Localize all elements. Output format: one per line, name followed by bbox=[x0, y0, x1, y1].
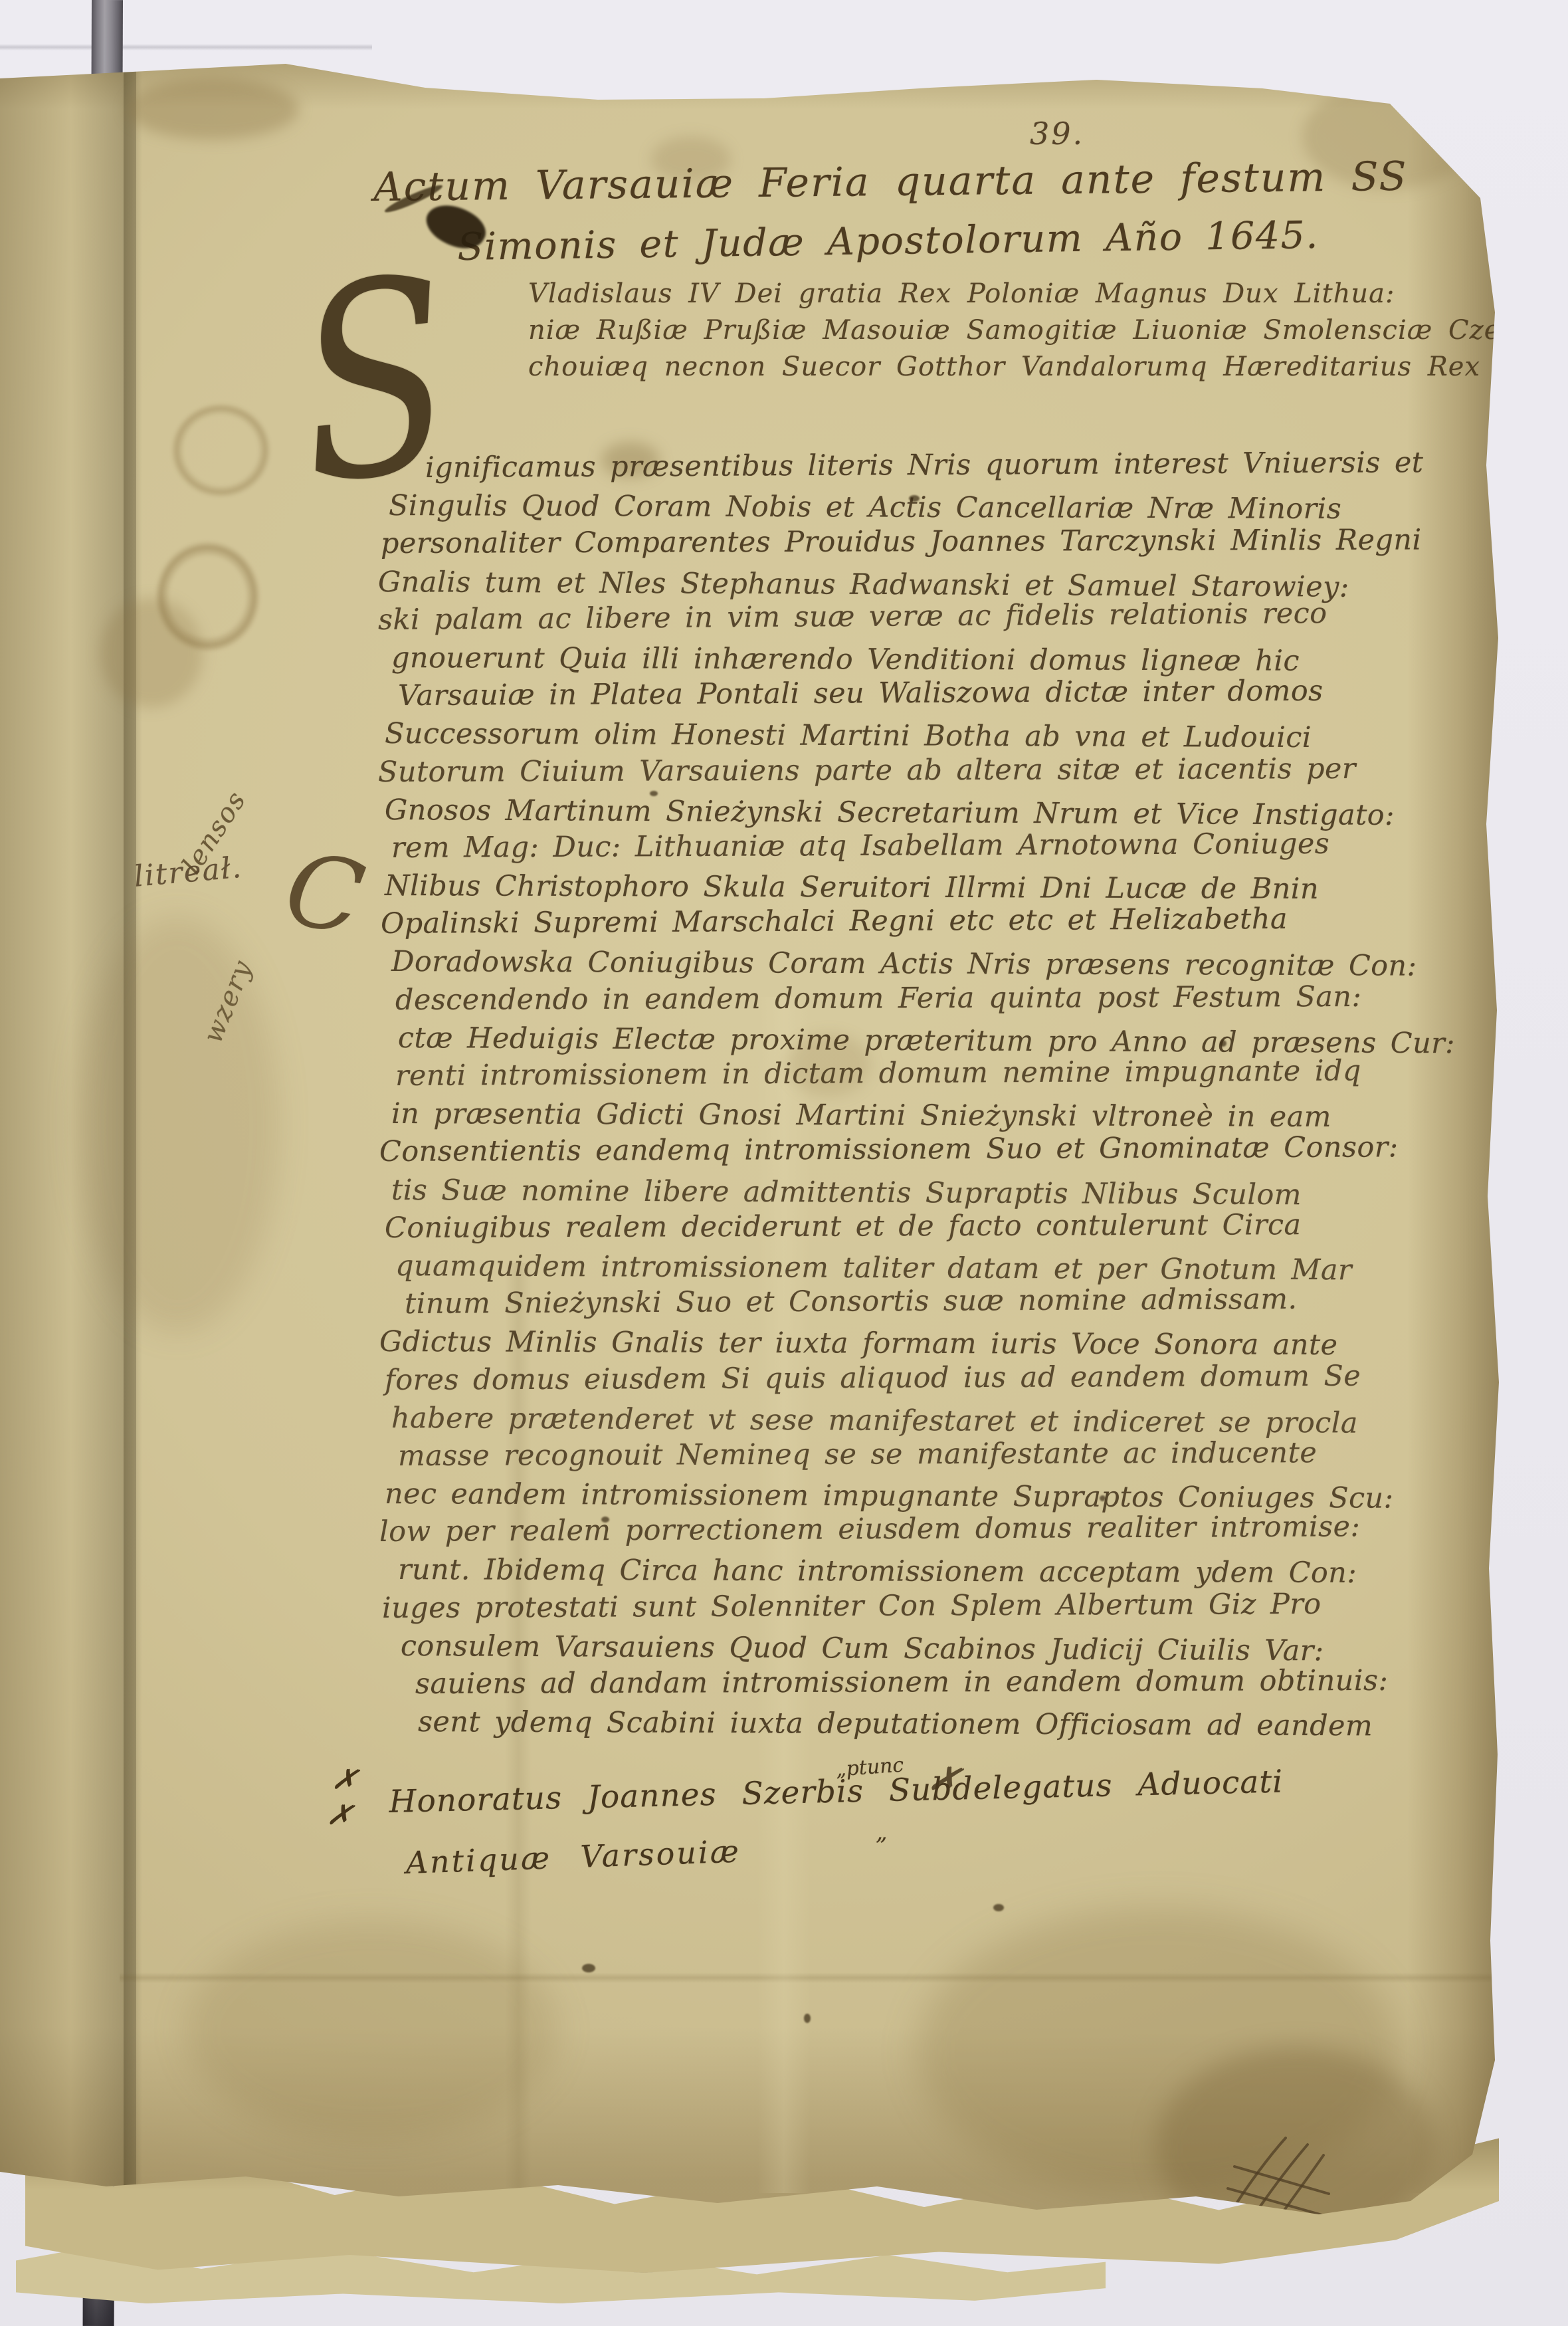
body-line: personaliter Comparentes Prouidus Joanne… bbox=[381, 522, 1438, 564]
manuscript-page: 39. Actum Varsauiæ Feria quarta ante fes… bbox=[0, 0, 1568, 2326]
body-line: iuges protestati sunt Solenniter Con Spl… bbox=[382, 1585, 1439, 1628]
body-line: ignificamus præsentibus literis Nris quo… bbox=[425, 444, 1482, 488]
body-line: sent ydemq Scabini iuxta deputationem Of… bbox=[418, 1703, 1475, 1746]
water-stain bbox=[186, 1921, 558, 2140]
archive-photo: { "photo": { "backdrop_color": "#eceaf0"… bbox=[0, 0, 1568, 2326]
water-stain bbox=[126, 78, 299, 140]
body-line: tinum Snieżynski Suo et Consortis suæ no… bbox=[405, 1280, 1462, 1324]
body-line: Coniugibus realem deciderunt et de facto… bbox=[385, 1206, 1442, 1247]
insertion-close-quote: „ bbox=[876, 1821, 888, 1844]
ink-speck bbox=[1100, 1495, 1106, 1501]
body-line: Varsauiæ in Platea Pontali seu Waliszowa… bbox=[398, 672, 1455, 716]
ink-speck bbox=[601, 1517, 609, 1523]
royal-intitulatio-line: chouiæq necnon Suecor Gotthor Vandalorum… bbox=[528, 349, 1541, 385]
cross-mark-icon: ✗ bbox=[330, 1760, 360, 1799]
body-line: ski palam ac libere in vim suæ veræ ac f… bbox=[378, 594, 1435, 639]
header-line-2: Simonis et Judæ Apostolorum Año 1645. bbox=[457, 217, 1319, 266]
water-stain-ring bbox=[159, 392, 282, 508]
body-line: rem Mag: Duc: Lithuaniæ atq Isabellam Ar… bbox=[391, 825, 1448, 867]
page-number: 39. bbox=[1030, 118, 1084, 149]
ink-speck bbox=[1220, 1040, 1226, 1047]
royal-intitulatio-line: Vladislaus IV Dei gratia Rex Poloniæ Mag… bbox=[528, 276, 1541, 312]
ink-speck bbox=[650, 791, 658, 796]
royal-intitulatio-line: niæ Rußiæ Prußiæ Masouiæ Samogitiæ Liuon… bbox=[528, 312, 1541, 349]
water-stain bbox=[100, 598, 203, 708]
body-line: Opalinski Supremi Marschalci Regni etc e… bbox=[381, 900, 1438, 944]
ink-speck bbox=[909, 495, 920, 502]
body-line: Consentientis eandemq intromissionem Suo… bbox=[379, 1128, 1436, 1171]
body-line: sauiens ad dandam intromissionem in eand… bbox=[415, 1661, 1472, 1703]
header-line-1: Actum Varsauiæ Feria quarta ante festum … bbox=[373, 157, 1408, 207]
body-line: descendendo in eandem domum Feria quinta… bbox=[395, 978, 1452, 1019]
body-line: fores domus eiusdem Si quis aliquod ius … bbox=[385, 1357, 1442, 1400]
margin-cross-mark: ✗ ✗ bbox=[325, 1760, 360, 1834]
ink-speck bbox=[804, 2014, 811, 2023]
backdrop-sheet-edge bbox=[0, 44, 372, 51]
royal-intitulatio: Vladislaus IV Dei gratia Rex Poloniæ Mag… bbox=[528, 276, 1541, 385]
cross-mark-icon: ✗ bbox=[325, 1795, 355, 1834]
body-text-block: ignificamus præsentibus literis Nris quo… bbox=[389, 449, 1446, 1741]
subscription-line-2: Antiquæ Varsouiæ bbox=[405, 1836, 741, 1878]
ink-speck bbox=[993, 1904, 1004, 1911]
body-line: low per realem porrectionem eiusdem domu… bbox=[379, 1508, 1436, 1552]
margin-paraph-flourish: C bbox=[278, 839, 371, 950]
interlinear-insertion: „ptunc bbox=[835, 1755, 904, 1780]
margin-note-2: litreał. bbox=[133, 853, 244, 892]
ink-speck bbox=[582, 1964, 595, 1972]
body-line: Sutorum Ciuium Varsauiens parte ab alter… bbox=[378, 750, 1435, 792]
body-line: renti intromissionem in dictam domum nem… bbox=[395, 1052, 1452, 1096]
body-line: masse recognouit Nemineq se se manifesta… bbox=[398, 1433, 1455, 1475]
